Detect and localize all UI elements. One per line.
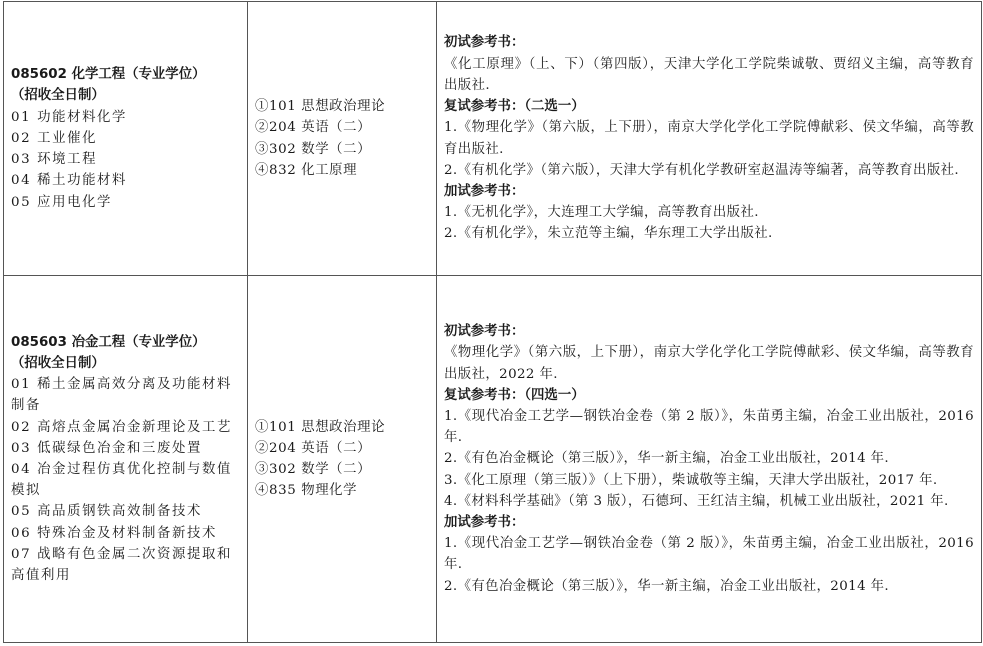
major-cell: 085602 化学工程（专业学位） （招收全日制） 01 功能材料化学 02 工… bbox=[4, 2, 248, 276]
research-direction: 02 高熔点金属冶金新理论及工艺 bbox=[11, 417, 240, 438]
exam-subject: ③302 数学（二） bbox=[255, 139, 429, 160]
retest-reference-heading: 复试参考书：（二选一） bbox=[444, 96, 974, 117]
reference-book: 1.《无机化学》，大连理工大学编，高等教育出版社. bbox=[444, 202, 974, 223]
research-direction: 05 高品质钢铁高效制备技术 bbox=[11, 501, 240, 522]
research-direction: 04 稀土功能材料 bbox=[11, 170, 240, 191]
research-direction: 03 低碳绿色冶金和三废处置 bbox=[11, 438, 240, 459]
reference-book: 4.《材料科学基础》（第 3 版），石德珂、王红洁主编，机械工业出版社，2021… bbox=[444, 491, 974, 512]
exam-subject: ④835 物理化学 bbox=[255, 480, 429, 501]
exam-subject: ②204 英语（二） bbox=[255, 438, 429, 459]
research-direction: 03 环境工程 bbox=[11, 149, 240, 170]
major-cell: 085603 冶金工程（专业学位） （招收全日制） 01 稀土金属高效分离及功能… bbox=[4, 276, 248, 643]
reference-book: 2.《有色冶金概论（第三版）》，华一新主编，冶金工业出版社，2014 年. bbox=[444, 576, 974, 597]
reference-book: 1.《现代冶金工艺学—钢铁冶金卷（第 2 版）》，朱苗勇主编，冶金工业出版社，2… bbox=[444, 533, 974, 575]
enrollment-mode: （招收全日制） bbox=[11, 85, 240, 106]
research-direction: 05 应用电化学 bbox=[11, 192, 240, 213]
research-direction: 02 工业催化 bbox=[11, 128, 240, 149]
research-direction: 06 特殊冶金及材料制备新技术 bbox=[11, 523, 240, 544]
reference-book: 《化工原理》（上、下）（第四版），天津大学化工学院柴诚敬、贾绍义主编，高等教育出… bbox=[444, 54, 974, 96]
table-row-085603: 085603 冶金工程（专业学位） （招收全日制） 01 稀土金属高效分离及功能… bbox=[4, 276, 982, 643]
exam-subject: ②204 英语（二） bbox=[255, 117, 429, 138]
major-code-title: 085602 化学工程（专业学位） bbox=[11, 64, 240, 85]
extra-reference-heading: 加试参考书： bbox=[444, 181, 974, 202]
exam-subject: ①101 思想政治理论 bbox=[255, 96, 429, 117]
reference-book: 3.《化工原理（第三版）》（上下册），柴诚敬等主编，天津大学出版社，2017 年… bbox=[444, 470, 974, 491]
research-direction: 07 战略有色金属二次资源提取和高值利用 bbox=[11, 544, 240, 586]
initial-reference-heading: 初试参考书： bbox=[444, 32, 974, 53]
extra-reference-heading: 加试参考书： bbox=[444, 512, 974, 533]
enrollment-mode: （招收全日制） bbox=[11, 353, 240, 374]
initial-reference-heading: 初试参考书： bbox=[444, 321, 974, 342]
exam-subject: ③302 数学（二） bbox=[255, 459, 429, 480]
retest-reference-heading: 复试参考书：（四选一） bbox=[444, 385, 974, 406]
reference-book: 2.《有机化学》，朱立范等主编，华东理工大学出版社. bbox=[444, 223, 974, 244]
references-cell: 初试参考书： 《化工原理》（上、下）（第四版），天津大学化工学院柴诚敬、贾绍义主… bbox=[437, 2, 982, 276]
reference-book: 2.《有机化学》（第六版），天津大学有机化学教研室赵温涛等编著，高等教育出版社. bbox=[444, 160, 974, 181]
exam-subjects-cell: ①101 思想政治理论 ②204 英语（二） ③302 数学（二） ④832 化… bbox=[248, 2, 437, 276]
exam-subject: ①101 思想政治理论 bbox=[255, 417, 429, 438]
reference-book: 2.《有色冶金概论（第三版）》，华一新主编，冶金工业出版社，2014 年. bbox=[444, 448, 974, 469]
reference-book: 1.《物理化学》（第六版，上下册），南京大学化学化工学院傅献彩、侯文华编，高等教… bbox=[444, 117, 974, 159]
references-cell: 初试参考书： 《物理化学》（第六版，上下册），南京大学化学化工学院傅献彩、侯文华… bbox=[437, 276, 982, 643]
table-row-085602: 085602 化学工程（专业学位） （招收全日制） 01 功能材料化学 02 工… bbox=[4, 2, 982, 276]
exam-subject: ④832 化工原理 bbox=[255, 160, 429, 181]
research-direction: 01 功能材料化学 bbox=[11, 107, 240, 128]
reference-book: 《物理化学》（第六版，上下册），南京大学化学化工学院傅献彩、侯文华编，高等教育出… bbox=[444, 342, 974, 384]
research-direction: 04 冶金过程仿真优化控制与数值模拟 bbox=[11, 459, 240, 501]
major-code-title: 085603 冶金工程（专业学位） bbox=[11, 332, 240, 353]
research-direction: 01 稀土金属高效分离及功能材料制备 bbox=[11, 374, 240, 416]
reference-book: 1.《现代冶金工艺学—钢铁冶金卷（第 2 版）》，朱苗勇主编，冶金工业出版社，2… bbox=[444, 406, 974, 448]
admissions-table: 085602 化学工程（专业学位） （招收全日制） 01 功能材料化学 02 工… bbox=[3, 1, 982, 643]
exam-subjects-cell: ①101 思想政治理论 ②204 英语（二） ③302 数学（二） ④835 物… bbox=[248, 276, 437, 643]
